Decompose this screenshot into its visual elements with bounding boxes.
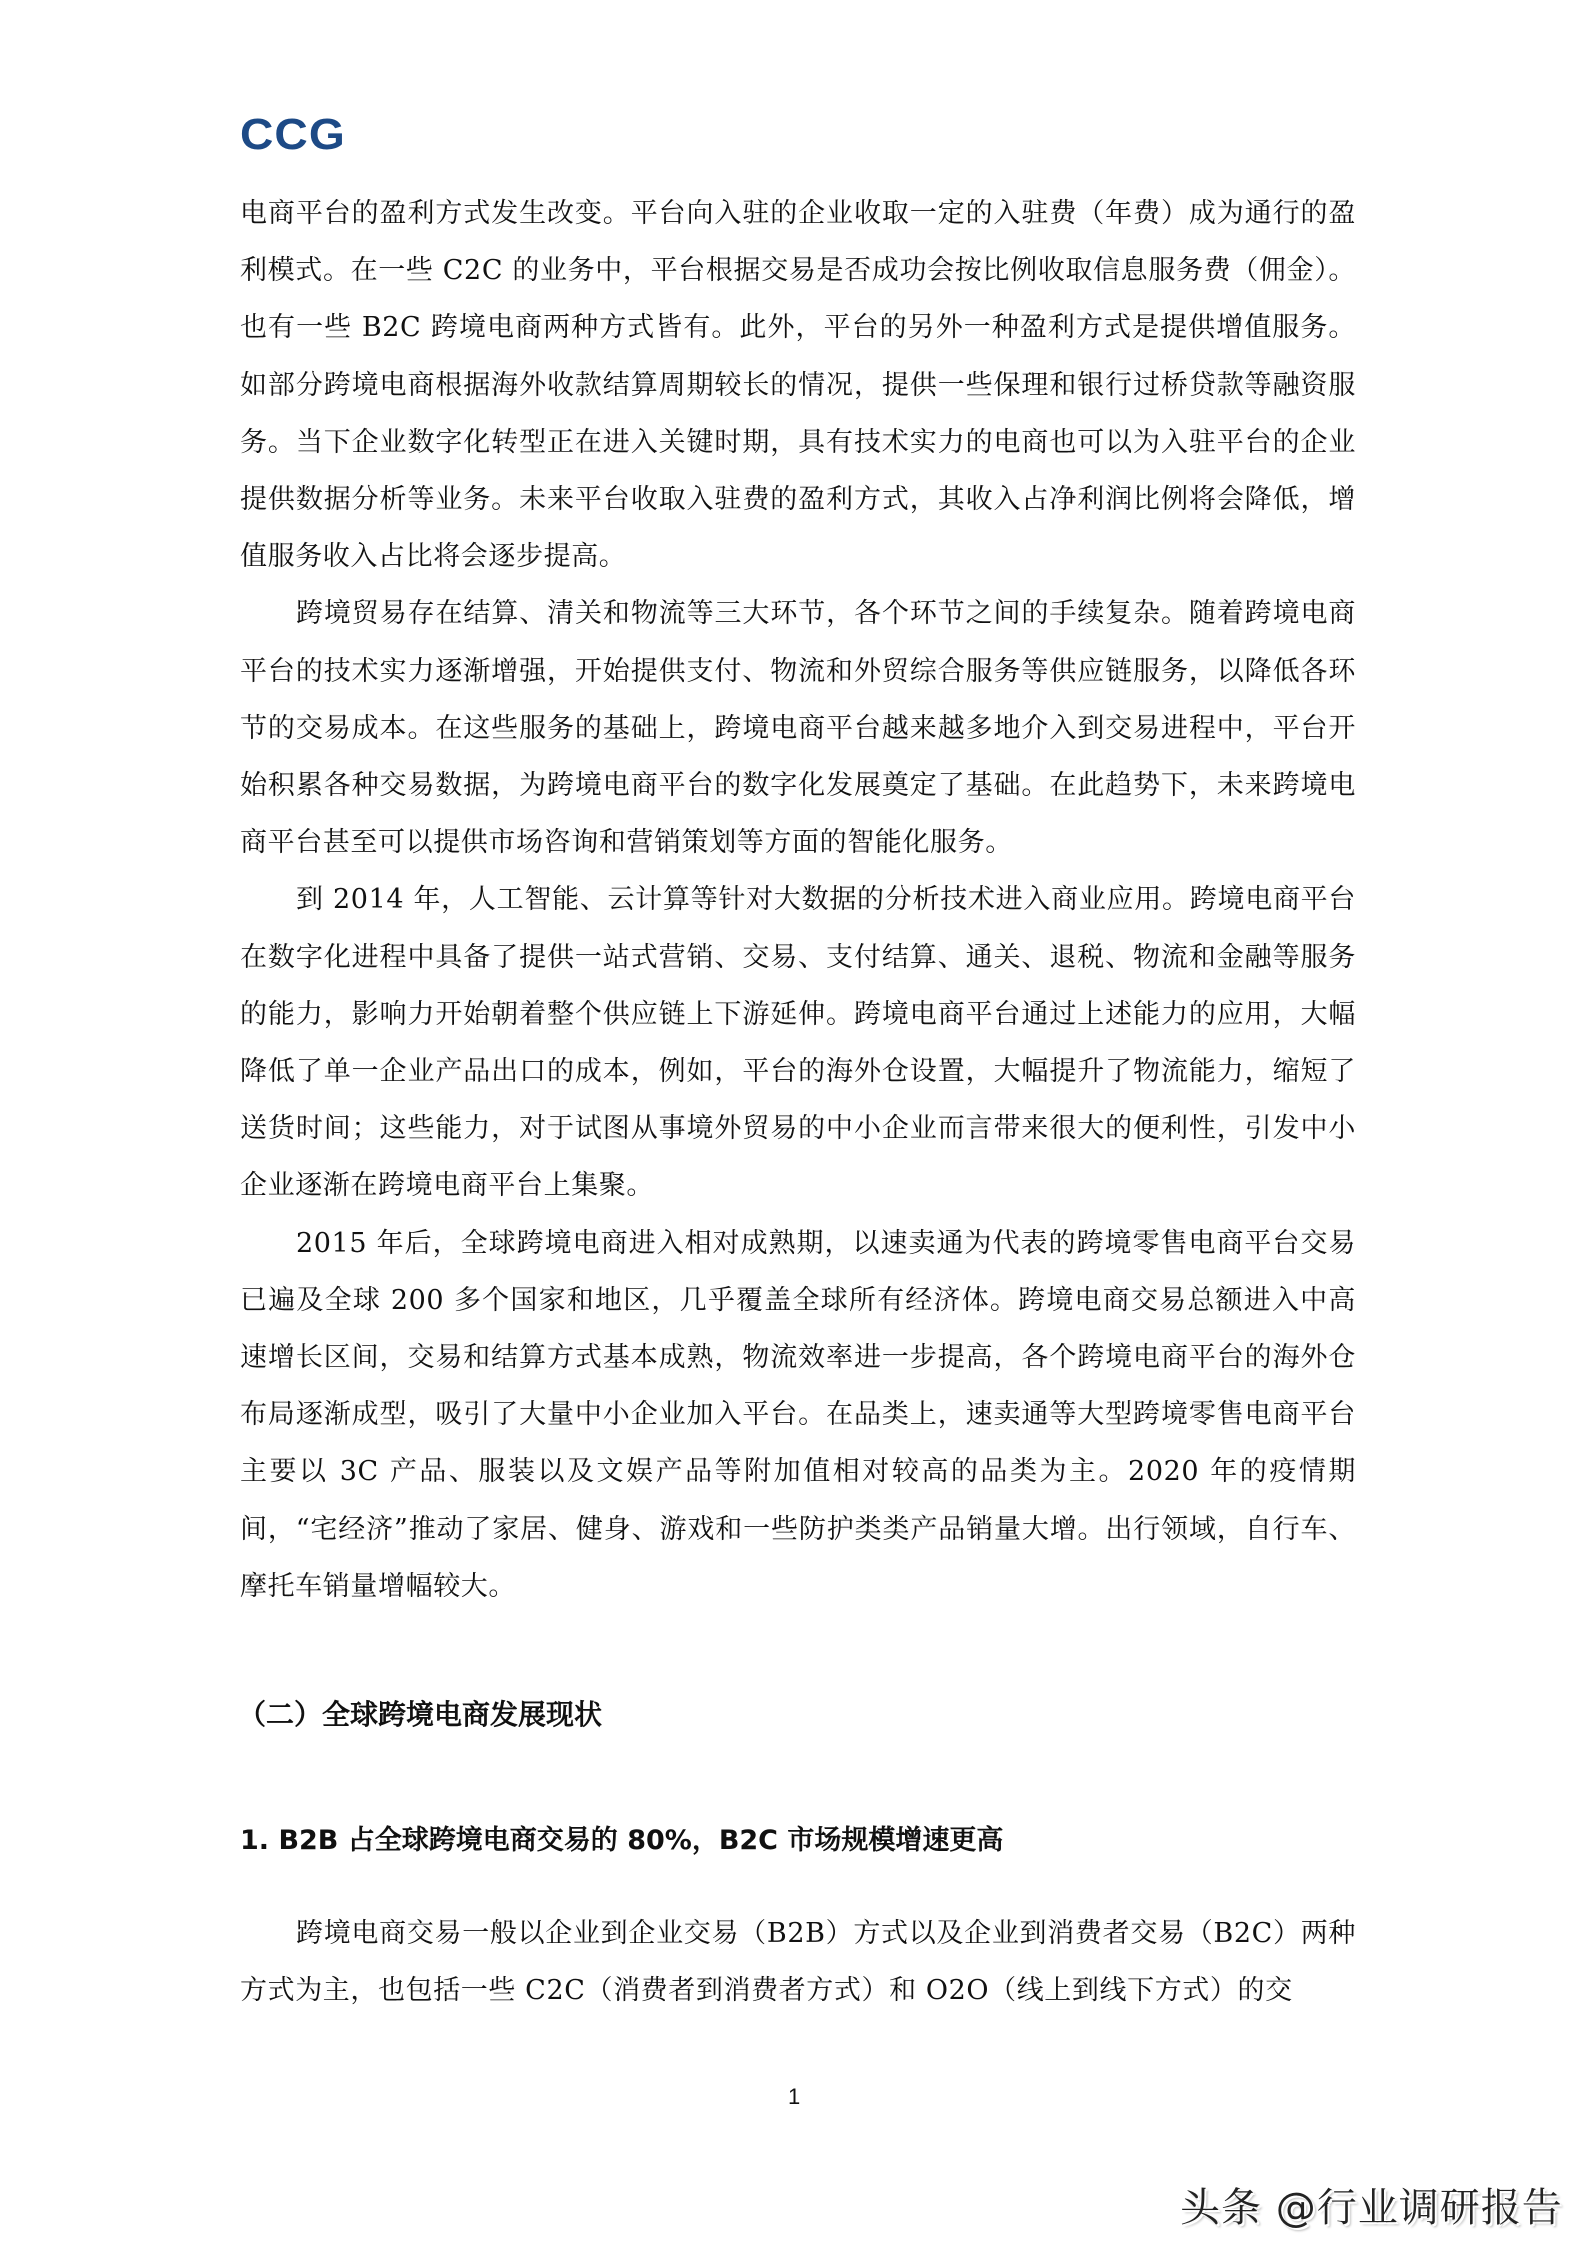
paragraph-2015: 2015 年后，全球跨境电商进入相对成熟期，以速卖通为代表的跨境零售电商平台交易…	[240, 1215, 1356, 1615]
paragraph-2014: 到 2014 年，人工智能、云计算等针对大数据的分析技术进入商业应用。跨境电商平…	[240, 871, 1356, 1214]
ccg-logo: CCG	[240, 113, 346, 157]
document-body: 电商平台的盈利方式发生改变。平台向入驻的企业收取一定的入驻费（年费）成为通行的盈…	[240, 185, 1356, 2019]
section-heading: （二）全球跨境电商发展现状	[238, 1695, 1356, 1735]
subsection-heading: 1. B2B 占全球跨境电商交易的 80%，B2C 市场规模增速更高	[240, 1821, 1356, 1861]
paragraph-profit-model: 电商平台的盈利方式发生改变。平台向入驻的企业收取一定的入驻费（年费）成为通行的盈…	[240, 185, 1356, 585]
watermark: 头条 @行业调研报告	[1180, 2176, 1563, 2233]
paragraph-supply-chain: 跨境贸易存在结算、清关和物流等三大环节，各个环节之间的手续复杂。随着跨境电商平台…	[240, 585, 1356, 871]
paragraph-b2b-b2c: 跨境电商交易一般以企业到企业交易（B2B）方式以及企业到消费者交易（B2C）两种…	[240, 1905, 1356, 2019]
page-number: 1	[788, 2084, 800, 2110]
